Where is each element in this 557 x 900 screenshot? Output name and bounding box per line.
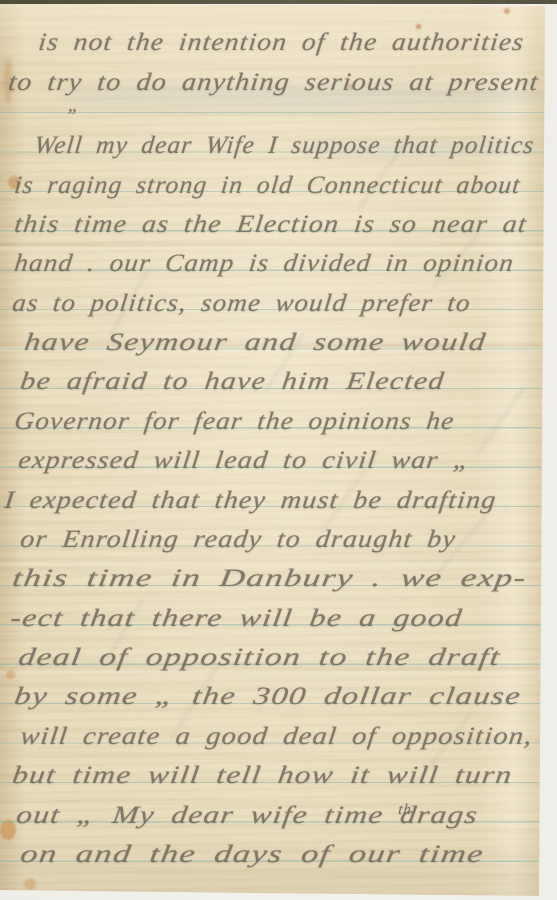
handwritten-line: is raging strong in old Connecticut abou…: [13, 169, 523, 203]
insertion-mark: th: [397, 800, 413, 821]
handwriting-layer: is not the intention of the authoritiest…: [0, 0, 557, 900]
handwritten-line: but time will tell how it will turn: [10, 759, 514, 793]
handwritten-line: -ect that there will be a good: [8, 602, 465, 636]
handwritten-line: as to politics, some would prefer to: [10, 287, 472, 321]
letter-photo: is not the intention of the authoritiest…: [0, 0, 557, 900]
handwritten-line: Well my dear Wife I suppose that politic…: [33, 129, 537, 163]
handwritten-line: this time in Danbury . we exp-: [10, 562, 529, 596]
handwritten-line: I expected that they must be drafting: [2, 484, 498, 518]
handwritten-line: hand . our Camp is divided in opinion: [12, 247, 515, 281]
handwritten-line: deal of opposition to the draft: [16, 641, 503, 675]
handwritten-line: this time as the Election is so near at: [12, 208, 529, 242]
photo-top-edge: [0, 0, 557, 4]
handwritten-line: to try to do anything serious at present: [6, 66, 540, 100]
handwritten-line: be afraid to have him Elected: [18, 365, 446, 399]
handwritten-line: is not the intention of the authorities: [36, 26, 526, 60]
handwritten-line: expressed will lead to civil war „: [16, 444, 472, 478]
handwritten-line: on and the days of our time: [18, 838, 486, 872]
handwritten-line: have Seymour and some would: [22, 326, 488, 360]
handwritten-line: „: [67, 92, 82, 118]
handwritten-line: or Enrolling ready to draught by: [18, 523, 458, 557]
handwritten-line: Governor for fear the opinions he: [12, 405, 456, 439]
letter-page: is not the intention of the authoritiest…: [0, 0, 557, 900]
handwritten-line: will create a good deal of opposition,: [18, 720, 534, 754]
handwritten-line: by some „ the 300 dollar clause: [12, 680, 523, 714]
